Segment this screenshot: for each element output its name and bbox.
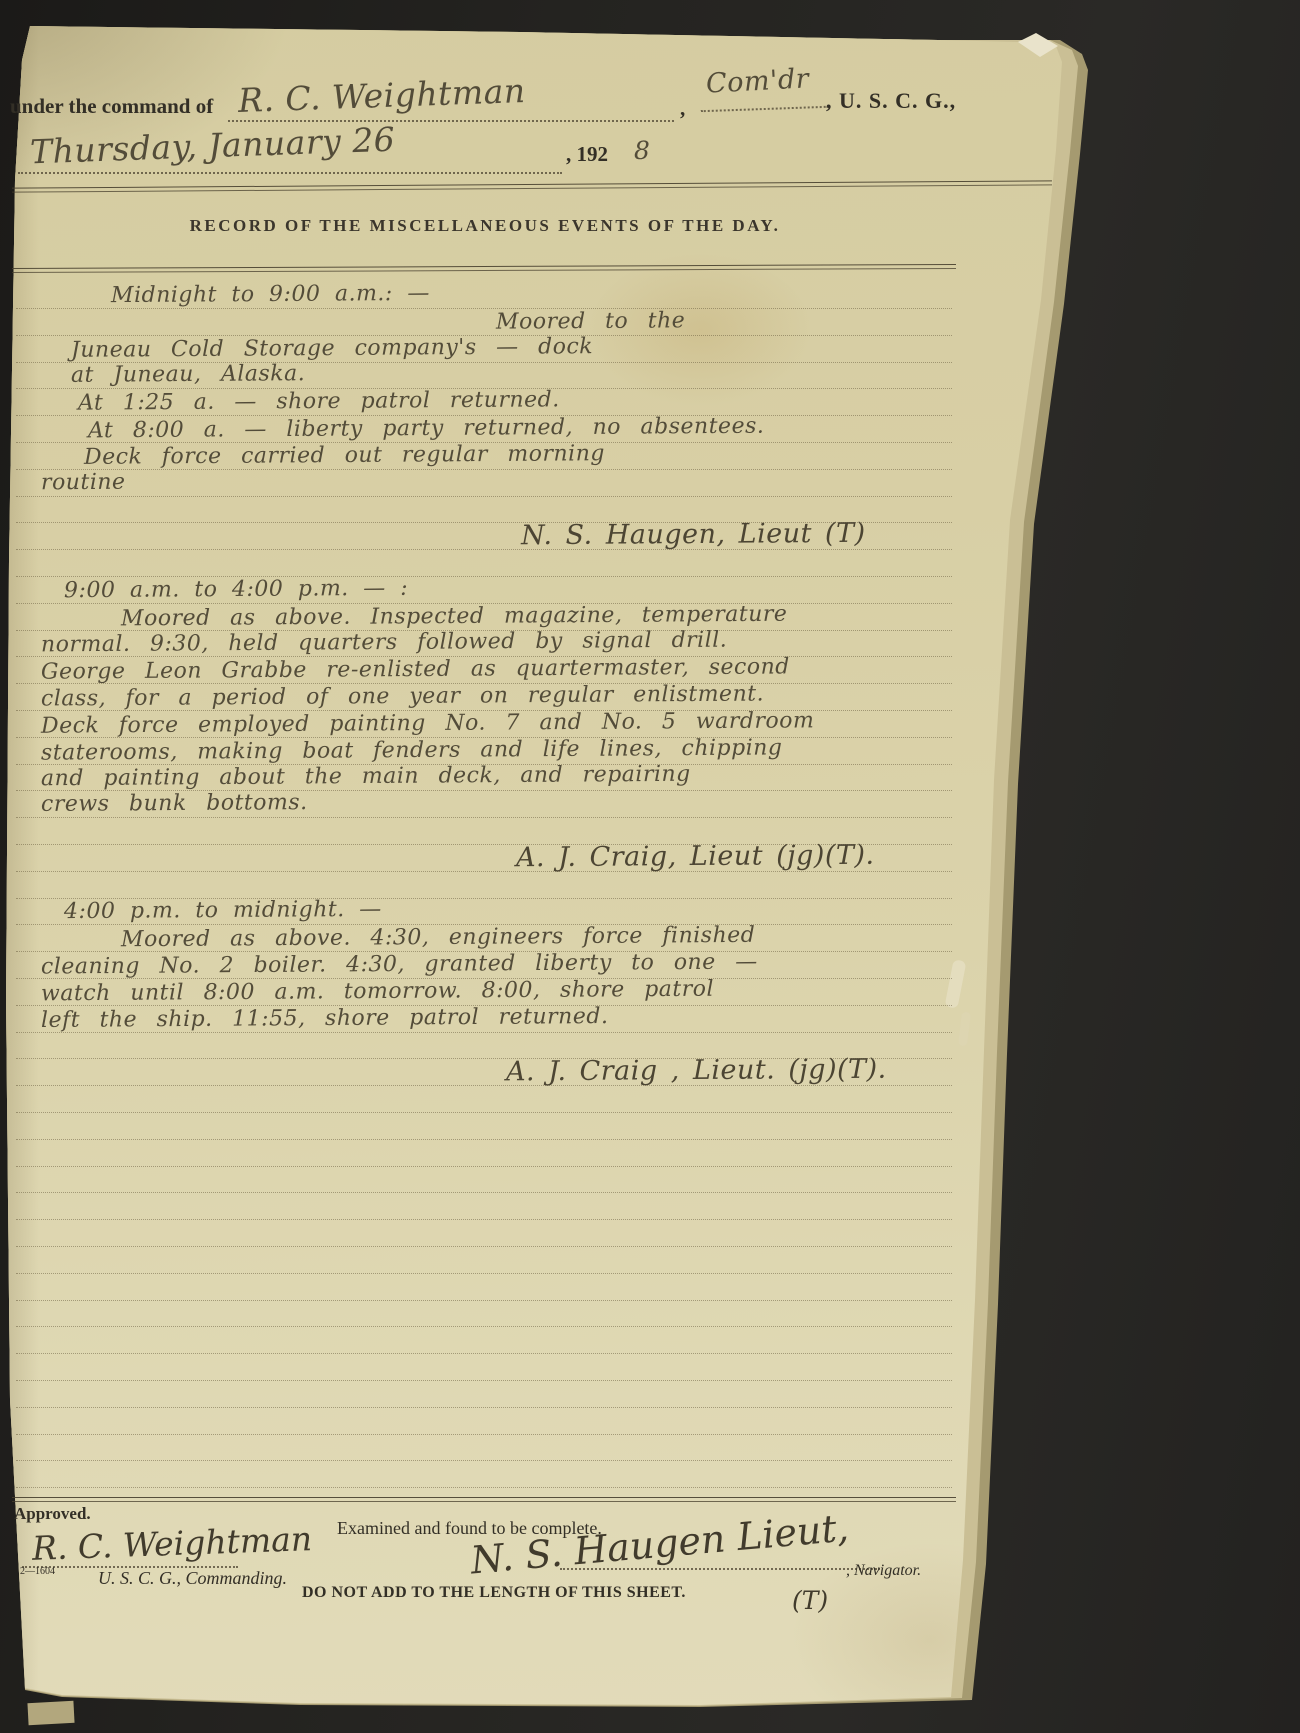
ruled-line	[16, 1246, 952, 1247]
ruled-line	[16, 549, 952, 550]
ruled-line	[16, 1460, 952, 1461]
ruled-line	[16, 1219, 952, 1220]
form-number: 2—1604	[20, 1566, 55, 1577]
commanding-label: U. S. C. G., Commanding.	[98, 1568, 287, 1589]
log-line: watch until 8:00 a.m. tomorrow. 8:00, sh…	[41, 976, 714, 1006]
ruled-line	[16, 308, 952, 309]
service-suffix-label: , U. S. C. G.,	[826, 88, 956, 114]
ruled-line	[16, 1139, 952, 1140]
log-line: routine	[41, 469, 126, 495]
log-line: At 8:00 a. — liberty party returned, no …	[88, 414, 764, 444]
ruled-line	[16, 1166, 952, 1167]
log-period-heading: 9:00 a.m. to 4:00 p.m. — :	[64, 576, 408, 603]
log-line: staterooms, making boat fenders and life…	[41, 735, 783, 765]
ruled-line	[16, 1434, 952, 1435]
navigator-label: , Navigator.	[846, 1562, 921, 1580]
binding-sliver	[27, 1701, 74, 1725]
log-line: Juneau Cold Storage company's — dock	[71, 334, 593, 363]
log-line: Moored as above. Inspected magazine, tem…	[121, 601, 788, 631]
ruled-line	[16, 1112, 952, 1113]
do-not-add-label: DO NOT ADD TO THE LENGTH OF THIS SHEET.	[302, 1584, 686, 1602]
log-line: cleaning No. 2 boiler. 4:30, granted lib…	[41, 949, 758, 979]
ruled-line	[16, 1273, 952, 1274]
commanding-signature-line	[22, 1526, 238, 1568]
log-line: At 1:25 a. — shore patrol returned.	[78, 388, 560, 416]
log-line: at Juneau, Alaska.	[71, 362, 305, 389]
ruled-line	[16, 817, 952, 818]
ruled-line	[16, 1407, 952, 1408]
log-line: Deck force employed painting No. 7 and N…	[41, 708, 814, 738]
log-signature: A. J. Craig, Lieut (jg)(T).	[516, 840, 875, 874]
ruled-line	[16, 496, 952, 497]
ruled-line	[16, 1300, 952, 1301]
log-signature: N. S. Haugen, Lieut (T)	[521, 518, 866, 551]
log-line: normal. 9:30, held quarters followed by …	[41, 628, 727, 658]
year-digit-handwritten: 8	[634, 136, 651, 165]
ruled-line	[16, 1487, 952, 1488]
approved-label: Approved.	[14, 1504, 91, 1524]
log-line: crews bunk bottoms.	[41, 790, 308, 817]
log-line: Moored to the	[496, 308, 685, 334]
log-period-heading: Midnight to 9:00 a.m.: —	[111, 281, 430, 308]
logbook-scan: { "header": { "command_prefix": "under t…	[0, 0, 1300, 1733]
log-line: Moored as above. 4:30, engineers force f…	[121, 923, 755, 952]
double-rule-footer	[12, 1497, 956, 1502]
ruled-line	[16, 1085, 952, 1086]
ruled-line	[16, 1192, 952, 1193]
log-line: and painting about the main deck, and re…	[41, 762, 691, 792]
log-line: left the ship. 11:55, shore patrol retur…	[41, 1004, 609, 1033]
rank-handwritten: Com'dr	[705, 63, 810, 99]
comma-print: ,	[680, 96, 685, 121]
page-title: RECORD OF THE MISCELLANEOUS EVENTS OF TH…	[20, 216, 950, 236]
log-signature: A. J. Craig , Lieut. (jg)(T).	[506, 1054, 887, 1088]
log-line: Deck force carried out regular morning	[84, 441, 605, 470]
log-period-heading: 4:00 p.m. to midnight. —	[64, 897, 382, 924]
year-printed: , 192	[566, 142, 608, 167]
ruled-line	[16, 1380, 952, 1381]
ruled-line	[16, 1326, 952, 1327]
ruled-line	[16, 1353, 952, 1354]
command-prefix-label: under the command of	[10, 94, 213, 119]
navigator-signature-note: (T)	[792, 1586, 828, 1615]
log-line: class, for a period of one year on regul…	[41, 681, 764, 711]
